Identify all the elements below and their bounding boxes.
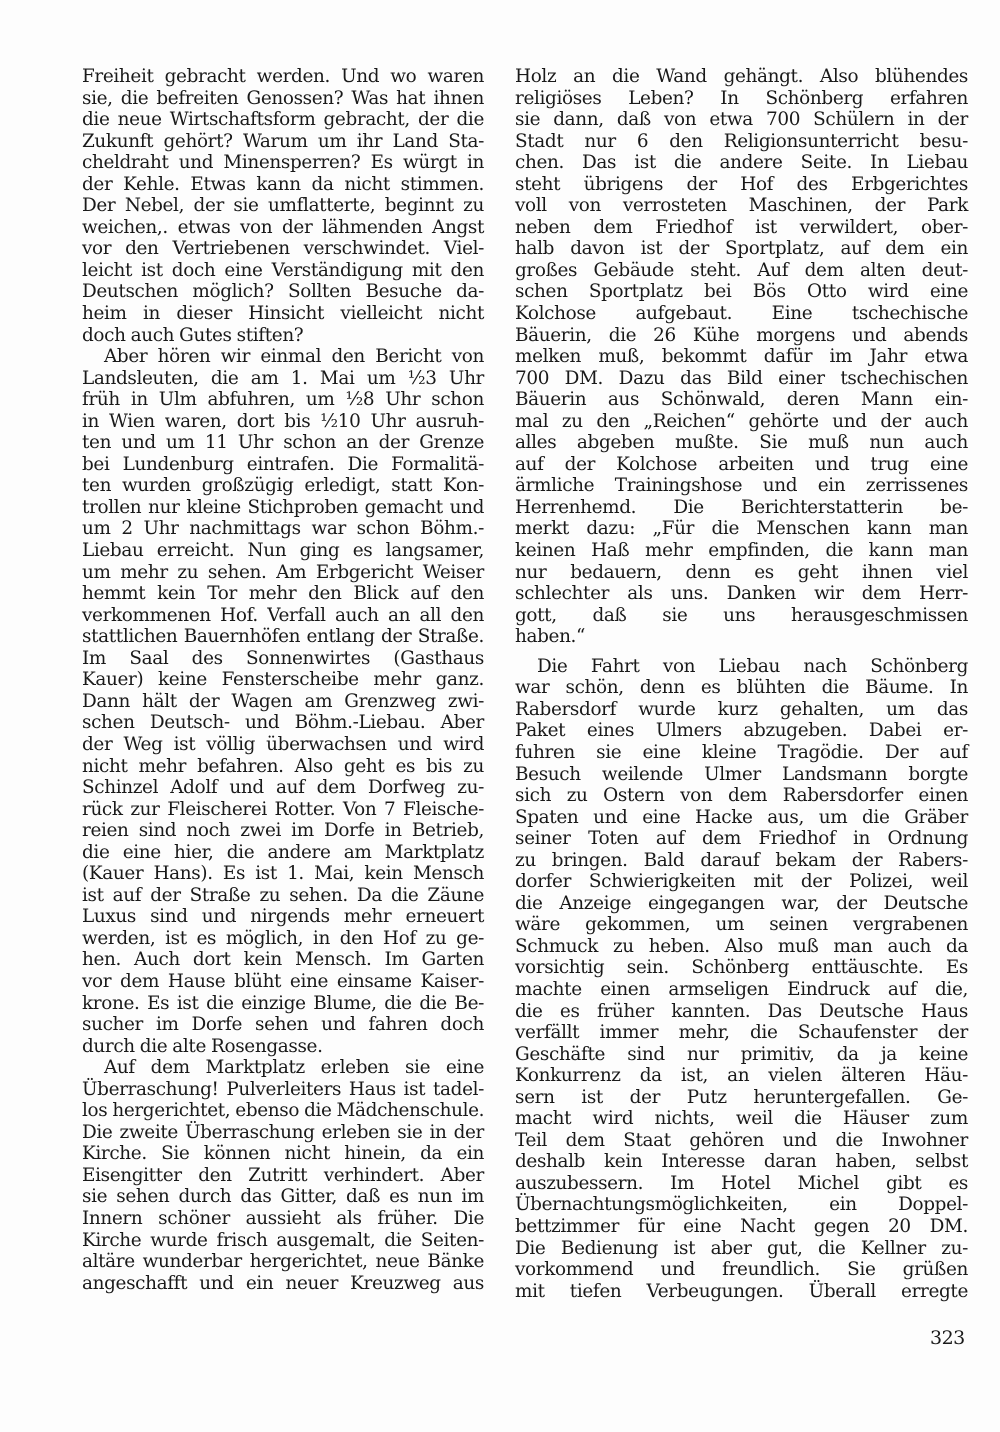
text-line: hemmt kein Tor mehr den Blick auf den	[82, 583, 484, 605]
text-line: schen Sportplatz bei Bös Otto wird eine	[515, 281, 968, 303]
text-line: mal zu den „Reichen“ gehörte und der auc…	[515, 411, 968, 433]
text-line: steht übrigens der Hof des Erbgerichtes	[515, 174, 968, 196]
text-line: gott, daß sie uns herausgeschmissen	[515, 605, 968, 627]
text-line: Luxus sind und nirgends mehr erneuert	[82, 906, 484, 928]
text-line: Rabersdorf wurde kurz gehalten, um das	[515, 699, 968, 721]
text-line: in Wien waren, dort bis ½10 Uhr ausruh-	[82, 411, 484, 433]
text-line: halb davon ist der Sportplatz, auf dem e…	[515, 238, 968, 260]
paragraph-gap	[515, 648, 968, 656]
text-line: Kirche. Sie können nicht hinein, da ein	[82, 1143, 484, 1165]
paragraph: Freiheit gebracht werden. Und wo warensi…	[82, 66, 484, 346]
text-line: durch die alte Rosengasse.	[82, 1036, 484, 1058]
paragraph: Aber hören wir einmal den Bericht vonLan…	[82, 346, 484, 1057]
text-line: trollen nur kleine Stichproben gemacht u…	[82, 497, 484, 519]
text-line: religiöses Leben? In Schönberg erfahren	[515, 88, 968, 110]
text-line: stattlichen Bauernhöfen entlang der Stra…	[82, 626, 484, 648]
text-line: der Kehle. Etwas kann da nicht stimmen.	[82, 174, 484, 196]
text-line: neben dem Friedhof ist verwildert, ober-	[515, 217, 968, 239]
text-line: Innern schöner aussieht als früher. Die	[82, 1208, 484, 1230]
text-line: rück zur Fleischerei Rotter. Von 7 Fleis…	[82, 799, 484, 821]
text-line: Kauer) keine Fensterscheibe mehr ganz.	[82, 669, 484, 691]
paragraph: Auf dem Marktplatz erleben sie eineÜberr…	[82, 1057, 484, 1294]
text-line: weichen,. etwas von der lähmenden Angst	[82, 217, 484, 239]
text-line: großes Gebäude steht. Auf dem alten deut…	[515, 260, 968, 282]
text-line: chen. Das ist die andere Seite. In Lieba…	[515, 152, 968, 174]
text-line: Deutschen möglich? Sollten Besuche da-	[82, 281, 484, 303]
text-line: Die Fahrt von Liebau nach Schönberg	[515, 656, 968, 678]
text-line: Aber hören wir einmal den Bericht von	[82, 346, 484, 368]
text-line: macht wird nichts, weil die Häuser zum	[515, 1108, 968, 1130]
text-line: alles abgeben mußte. Sie muß nun auch	[515, 432, 968, 454]
text-line: Besuch weilende Ulmer Landsmann borgte	[515, 764, 968, 786]
text-line: bettzimmer für eine Nacht gegen 20 DM.	[515, 1216, 968, 1238]
text-line: haben.“	[515, 626, 968, 648]
text-line: Schmuck zu heben. Also muß man auch da	[515, 936, 968, 958]
text-line: Die zweite Überraschung erleben sie in d…	[82, 1122, 484, 1144]
text-line: reien sind noch zwei im Dorfe in Betrieb…	[82, 820, 484, 842]
text-line: dorfer Schwierigkeiten mit der Polizei, …	[515, 871, 968, 893]
text-line: Bäuerin, die 26 Kühe morgens und abends	[515, 325, 968, 347]
text-line: Bäuerin aus Schönwald, deren Mann ein-	[515, 389, 968, 411]
book-page: Freiheit gebracht werden. Und wo warensi…	[0, 0, 1000, 1432]
text-line: fuhren sie eine kleine Tragödie. Der auf	[515, 742, 968, 764]
text-line: Überraschung! Pulverleiters Haus ist tad…	[82, 1079, 484, 1101]
text-line: krone. Es ist die einzige Blume, die die…	[82, 993, 484, 1015]
text-line: Der Nebel, der sie umflatterte, beginnt …	[82, 195, 484, 217]
text-line: altäre wunderbar hergerichtet, neue Bänk…	[82, 1251, 484, 1273]
text-line: Zukunft gehört? Warum um ihr Land Sta-	[82, 131, 484, 153]
text-line: Geschäfte sind nur primitiv, da ja keine	[515, 1044, 968, 1066]
text-line: angeschafft und ein neuer Kreuzweg aus	[82, 1273, 484, 1295]
text-line: der Weg ist völlig überwachsen und wird	[82, 734, 484, 756]
text-line: ten wurden großzügig erledigt, statt Kon…	[82, 475, 484, 497]
text-line: merkt dazu: „Für die Menschen kann man	[515, 518, 968, 540]
text-line: Landsleuten, die am 1. Mai um ½3 Uhr	[82, 368, 484, 390]
text-line: sucher im Dorfe sehen und fahren doch	[82, 1014, 484, 1036]
text-line: cheldraht und Minensperren? Es würgt in	[82, 152, 484, 174]
text-line: sie dann, daß von etwa 700 Schülern in d…	[515, 109, 968, 131]
text-line: voll von verrosteten Maschinen, der Park	[515, 195, 968, 217]
text-line: war schön, denn es blühten die Bäume. In	[515, 677, 968, 699]
text-line: sich zu Ostern von dem Rabersdorfer eine…	[515, 785, 968, 807]
text-line: deshalb kein Interesse daran haben, selb…	[515, 1151, 968, 1173]
paragraph: Holz an die Wand gehängt. Also blühendes…	[515, 66, 968, 648]
text-line: los hergerichtet, ebenso die Mädchenschu…	[82, 1100, 484, 1122]
text-line: werden, ist es möglich, in den Hof zu ge…	[82, 928, 484, 950]
text-line: die Anzeige eingegangen war, der Deutsch…	[515, 893, 968, 915]
text-line: zu bringen. Bald darauf bekam der Rabers…	[515, 850, 968, 872]
text-line: sie sehen durch das Gitter, daß es nun i…	[82, 1186, 484, 1208]
text-line: sern ist der Putz heruntergefallen. Ge-	[515, 1087, 968, 1109]
text-line: ist auf der Straße zu sehen. Da die Zäun…	[82, 885, 484, 907]
text-line: um mehr zu sehen. Am Erbgericht Weiser	[82, 562, 484, 584]
text-line: Holz an die Wand gehängt. Also blühendes	[515, 66, 968, 88]
text-line: doch auch Gutes stiften?	[82, 325, 484, 347]
text-line: verkommenen Hof. Verfall auch an all den	[82, 605, 484, 627]
text-line: um 2 Uhr nachmittags war schon Böhm.-	[82, 518, 484, 540]
text-line: Paket eines Ulmers abzugeben. Dabei er-	[515, 720, 968, 742]
text-line: schen Deutsch- und Böhm.-Liebau. Aber	[82, 712, 484, 734]
text-line: Auf dem Marktplatz erleben sie eine	[82, 1057, 484, 1079]
text-line: Übernachtungsmöglichkeiten, ein Doppel-	[515, 1194, 968, 1216]
text-line: vorsichtig sein. Schönberg enttäuschte. …	[515, 957, 968, 979]
text-line: sie, die befreiten Genossen? Was hat ihn…	[82, 88, 484, 110]
text-line: Freiheit gebracht werden. Und wo waren	[82, 66, 484, 88]
text-line: schlechter als uns. Danken wir dem Herr-	[515, 583, 968, 605]
text-line: Stadt nur 6 den Religionsunterricht besu…	[515, 131, 968, 153]
text-line: machte einen armseligen Eindruck auf die…	[515, 979, 968, 1001]
text-line: Die Bedienung ist aber gut, die Kellner …	[515, 1238, 968, 1260]
paragraph: Die Fahrt von Liebau nach Schönbergwar s…	[515, 656, 968, 1302]
text-line: Kirche wurde frisch ausgemalt, die Seite…	[82, 1230, 484, 1252]
text-line: vor dem Hause blüht eine einsame Kaiser-	[82, 971, 484, 993]
text-line: (Kauer Hans). Es ist 1. Mai, kein Mensch	[82, 863, 484, 885]
text-line: Liebau erreicht. Nun ging es langsamer,	[82, 540, 484, 562]
text-line: 700 DM. Dazu das Bild einer tschechische…	[515, 368, 968, 390]
text-line: verfällt immer mehr, die Schaufenster de…	[515, 1022, 968, 1044]
text-line: früh in Ulm abfuhren, um ½8 Uhr schon	[82, 389, 484, 411]
text-line: die eine hier, die andere am Marktplatz	[82, 842, 484, 864]
text-line: vorkommend und freundlich. Sie grüßen	[515, 1259, 968, 1281]
text-line: Schinzel Adolf und auf dem Dorfweg zu-	[82, 777, 484, 799]
text-line: Dann hält der Wagen am Grenzweg zwi-	[82, 691, 484, 713]
text-line: hen. Auch dort kein Mensch. Im Garten	[82, 949, 484, 971]
text-line: seiner Toten auf dem Friedhof in Ordnung	[515, 828, 968, 850]
text-line: die neue Wirtschaftsform gebracht, der d…	[82, 109, 484, 131]
text-line: bei Lundenburg eintrafen. Die Formalitä-	[82, 454, 484, 476]
text-line: ten und um 11 Uhr schon an der Grenze	[82, 432, 484, 454]
text-line: mit tiefen Verbeugungen. Überall erregte	[515, 1281, 968, 1303]
text-line: auf der Kolchose arbeiten und trug eine	[515, 454, 968, 476]
text-line: keinen Haß mehr empfinden, die kann man	[515, 540, 968, 562]
text-line: Herrenhemd. Die Berichterstatterin be-	[515, 497, 968, 519]
text-line: wäre gekommen, um seinen vergrabenen	[515, 914, 968, 936]
text-line: vor den Vertriebenen verschwindet. Viel-	[82, 238, 484, 260]
left-column: Freiheit gebracht werden. Und wo warensi…	[82, 66, 484, 1294]
right-column: Holz an die Wand gehängt. Also blühendes…	[515, 66, 968, 1302]
text-line: heim in dieser Hinsicht vielleicht nicht	[82, 303, 484, 325]
text-line: Konkurrenz da ist, an vielen älteren Häu…	[515, 1065, 968, 1087]
text-line: leicht ist doch eine Verständigung mit d…	[82, 260, 484, 282]
text-line: die es früher kannten. Das Deutsche Haus	[515, 1001, 968, 1023]
page-number: 323	[930, 1327, 965, 1349]
text-line: Eisengitter den Zutritt verhindert. Aber	[82, 1165, 484, 1187]
text-line: Spaten und eine Hacke aus, um die Gräber	[515, 807, 968, 829]
text-line: melken muß, bekommt dafür im Jahr etwa	[515, 346, 968, 368]
text-line: auszubessern. Im Hotel Michel gibt es	[515, 1173, 968, 1195]
text-line: ärmliche Trainingshose und ein zerrissen…	[515, 475, 968, 497]
text-line: Im Saal des Sonnenwirtes (Gasthaus	[82, 648, 484, 670]
text-line: Kolchose aufgebaut. Eine tschechische	[515, 303, 968, 325]
text-line: nur bedauern, denn es geht ihnen viel	[515, 562, 968, 584]
text-line: Teil dem Staat gehören und die Inwohner	[515, 1130, 968, 1152]
text-line: nicht mehr befahren. Also geht es bis zu	[82, 756, 484, 778]
